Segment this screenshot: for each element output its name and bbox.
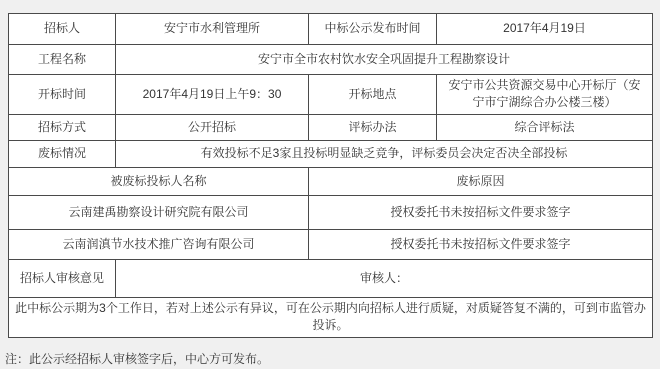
rejected-bidder-name: 云南润滇节水技术推广咨询有限公司 [9, 229, 309, 259]
evaluation-label: 评标办法 [309, 114, 437, 140]
bid-announcement-table: 招标人 安宁市水利管理所 中标公示发布时间 2017年4月19日 工程名称 安宁… [8, 13, 653, 338]
table-row-method: 招标方式 公开招标 评标办法 综合评标法 [9, 114, 653, 140]
rejection-value: 有效投标不足3家且投标明显缺乏竞争，评标委员会决定否决全部投标 [116, 140, 653, 167]
table-row-rejected-bidder-1: 云南建禹勘察设计研究院有限公司 授权委托书未按招标文件要求签字 [9, 195, 653, 229]
bidder-label: 招标人 [9, 14, 116, 45]
open-time-value: 2017年4月19日上午9：30 [116, 75, 309, 115]
project-label: 工程名称 [9, 45, 116, 75]
reviewer-label: 审核人： [116, 259, 653, 297]
evaluation-value: 综合评标法 [437, 114, 653, 140]
rejected-bidder-reason: 授权委托书未按招标文件要求签字 [309, 229, 653, 259]
rejected-bidder-name: 云南建禹勘察设计研究院有限公司 [9, 195, 309, 229]
bid-result-announcement-page: 招标人 安宁市水利管理所 中标公示发布时间 2017年4月19日 工程名称 安宁… [0, 0, 660, 369]
rejected-reason-header: 废标原因 [309, 167, 653, 195]
method-label: 招标方式 [9, 114, 116, 140]
notice-text: 此中标公示期为3个工作日，若对上述公示有异议，可在公示期内向招标人进行质疑，对质… [9, 297, 653, 337]
table-row-project: 工程名称 安宁市全市农村饮水安全巩固提升工程勘察设计 [9, 45, 653, 75]
rejection-label: 废标情况 [9, 140, 116, 167]
project-value: 安宁市全市农村饮水安全巩固提升工程勘察设计 [116, 45, 653, 75]
open-time-label: 开标时间 [9, 75, 116, 115]
method-value: 公开招标 [116, 114, 309, 140]
table-row-review: 招标人审核意见 审核人： [9, 259, 653, 297]
table-row-rejected-bidder-2: 云南润滇节水技术推广咨询有限公司 授权委托书未按招标文件要求签字 [9, 229, 653, 259]
footer-note: 注：此公示经招标人审核签字后，中心方可发布。 [5, 350, 269, 367]
publish-time-label: 中标公示发布时间 [309, 14, 437, 45]
review-label: 招标人审核意见 [9, 259, 116, 297]
rejected-name-header: 被废标投标人名称 [9, 167, 309, 195]
open-place-label: 开标地点 [309, 75, 437, 115]
bidder-value: 安宁市水利管理所 [116, 14, 309, 45]
table-row-rejected-header: 被废标投标人名称 废标原因 [9, 167, 653, 195]
publish-time-value: 2017年4月19日 [437, 14, 653, 45]
rejected-bidder-reason: 授权委托书未按招标文件要求签字 [309, 195, 653, 229]
table-row-opening: 开标时间 2017年4月19日上午9：30 开标地点 安宁市公共资源交易中心开标… [9, 75, 653, 115]
table-row-rejection: 废标情况 有效投标不足3家且投标明显缺乏竞争，评标委员会决定否决全部投标 [9, 140, 653, 167]
open-place-value: 安宁市公共资源交易中心开标厅（安宁市宁湖综合办公楼三楼） [437, 75, 653, 115]
table-row-bidder: 招标人 安宁市水利管理所 中标公示发布时间 2017年4月19日 [9, 14, 653, 45]
table-row-notice: 此中标公示期为3个工作日，若对上述公示有异议，可在公示期内向招标人进行质疑，对质… [9, 297, 653, 337]
